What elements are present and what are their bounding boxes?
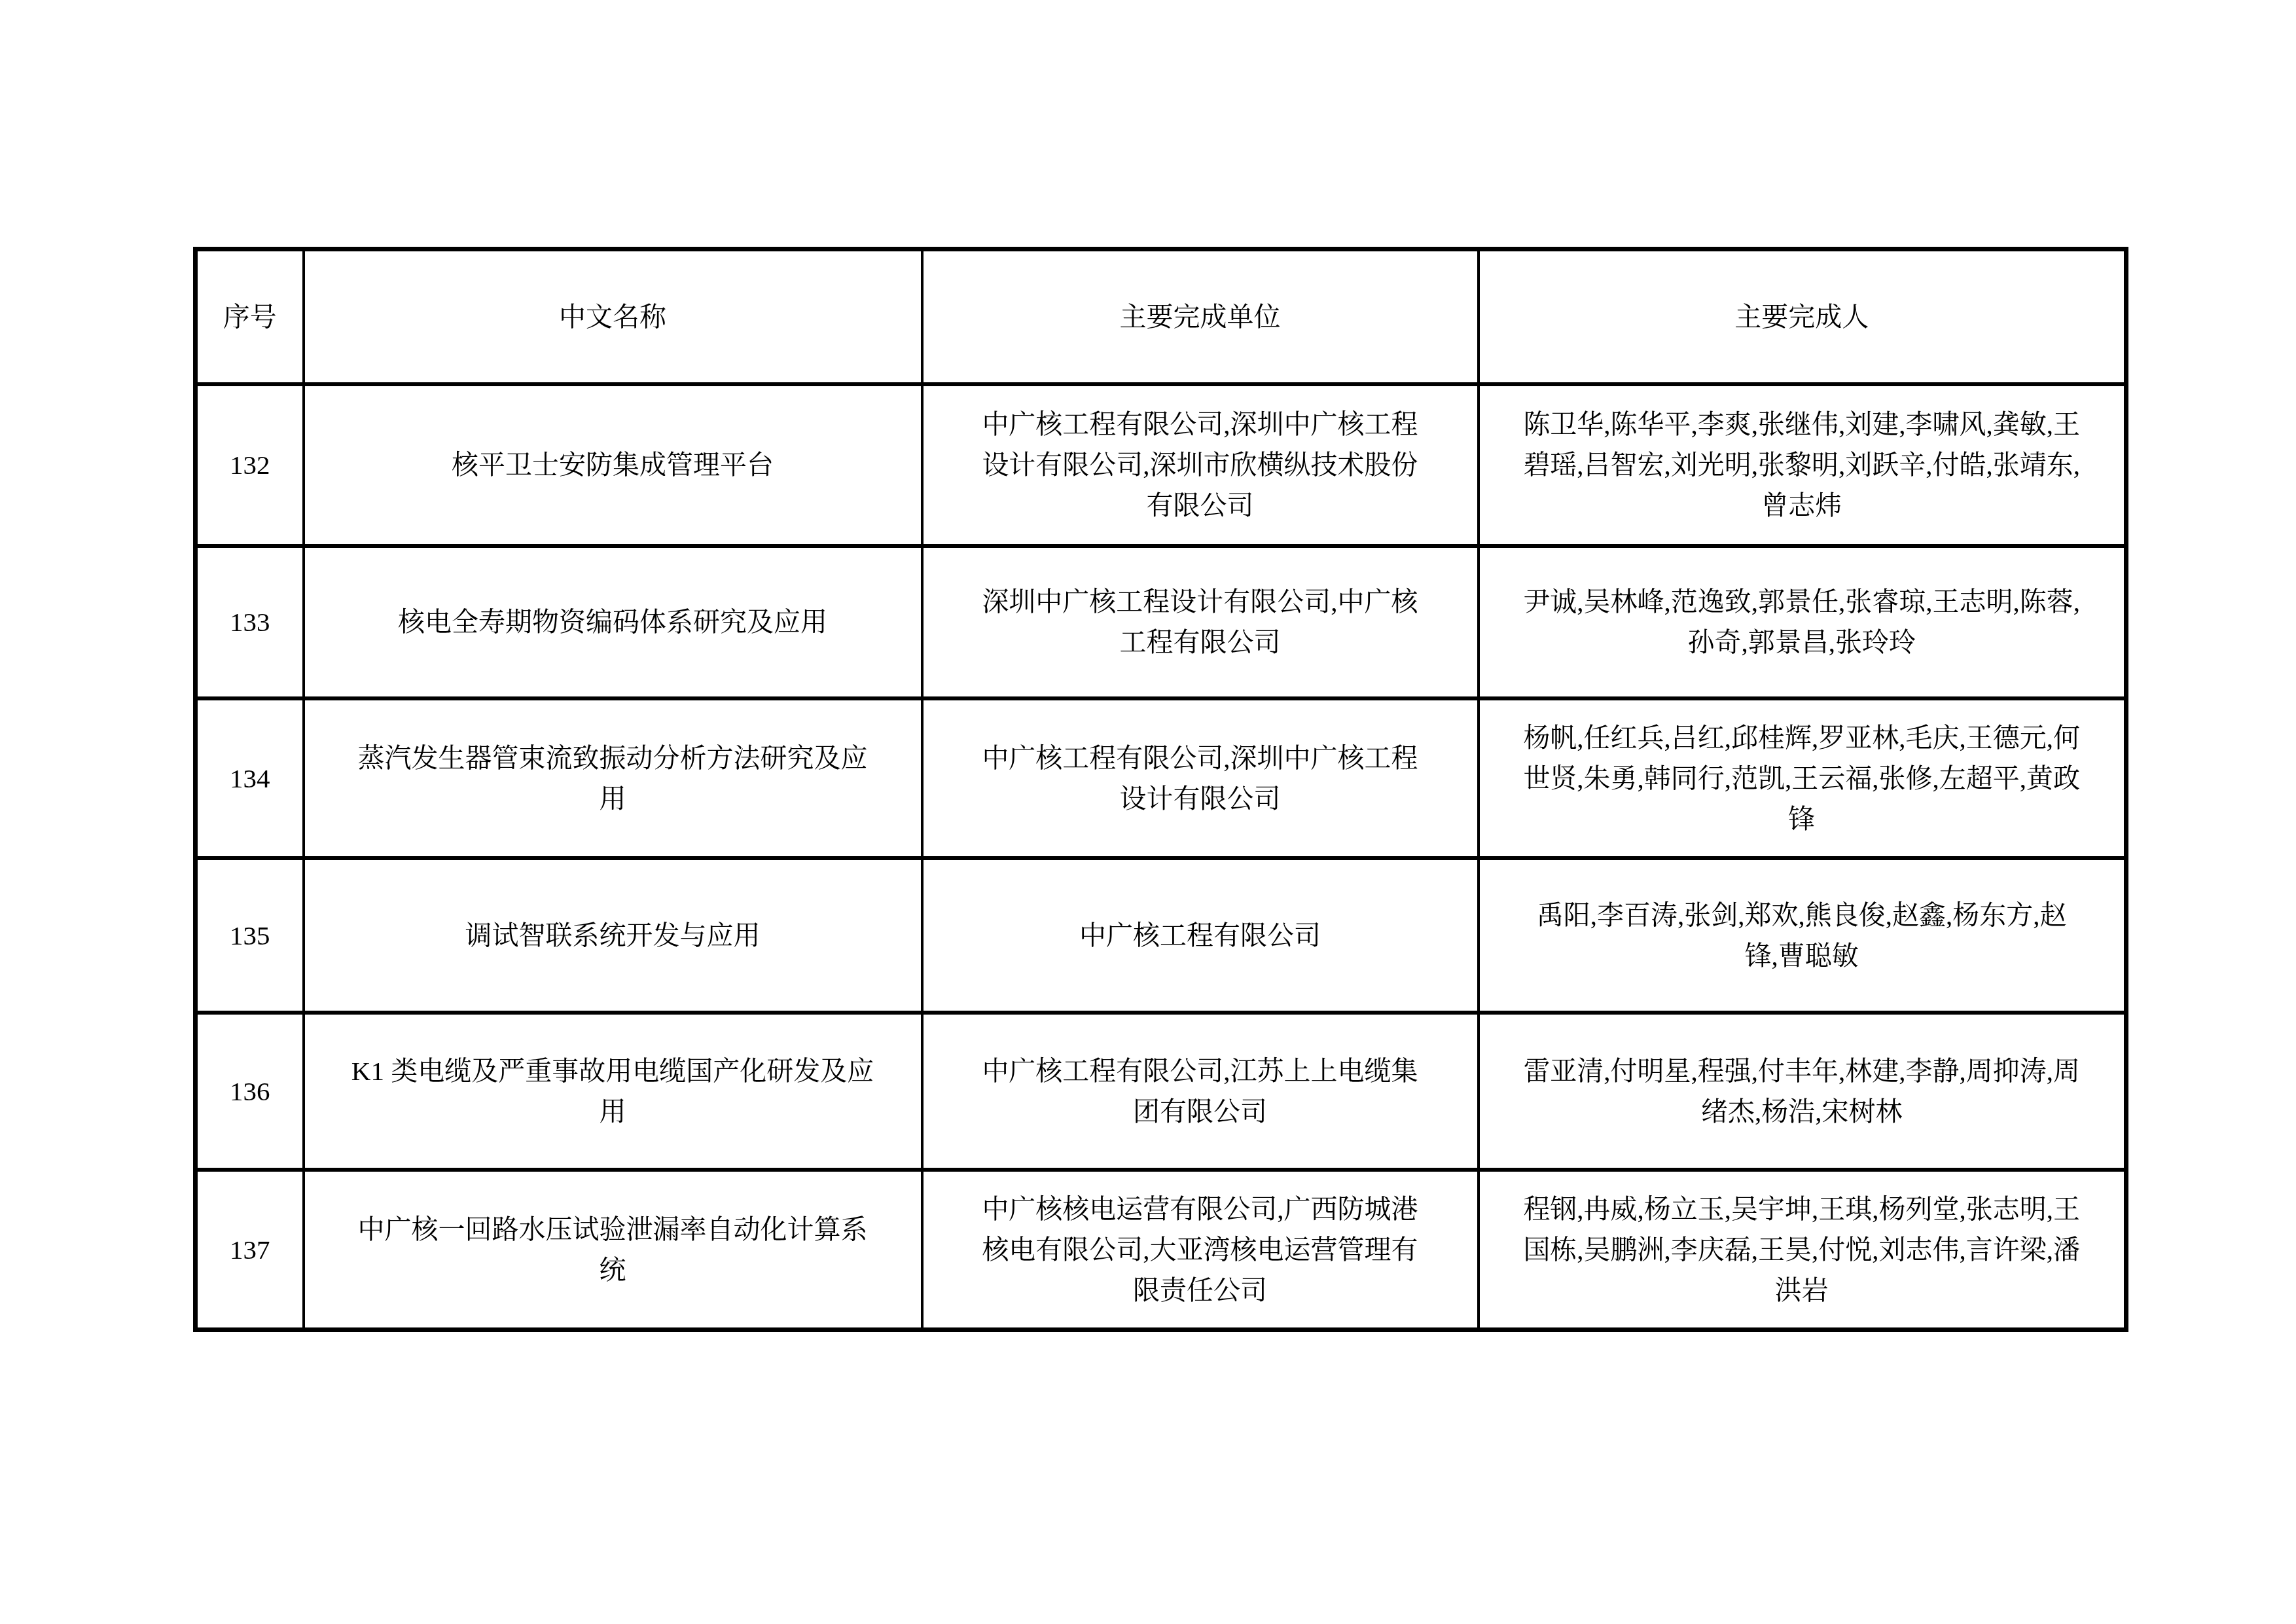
cell-serial-number: 134 — [196, 698, 304, 858]
cell-units: 中广核核电运营有限公司,广西防城港 核电有限公司,大亚湾核电运营管理有 限责任公… — [922, 1170, 1479, 1330]
table-row: 137 中广核一回路水压试验泄漏率自动化计算系 统 中广核核电运营有限公司,广西… — [196, 1170, 2126, 1330]
cell-people: 陈卫华,陈华平,李爽,张继伟,刘建,李啸风,龚敏,王 碧瑶,吕智宏,刘光明,张黎… — [1479, 384, 2126, 546]
cell-serial-number: 135 — [196, 858, 304, 1013]
table-row: 132 核平卫士安防集成管理平台 中广核工程有限公司,深圳中广核工程 设计有限公… — [196, 384, 2126, 546]
cell-people: 禹阳,李百涛,张剑,郑欢,熊良俊,赵鑫,杨东方,赵 锋,曹聪敏 — [1479, 858, 2126, 1013]
cell-project-name: 调试智联系统开发与应用 — [304, 858, 922, 1013]
cell-units: 中广核工程有限公司,江苏上上电缆集 团有限公司 — [922, 1013, 1479, 1170]
cell-serial-number: 137 — [196, 1170, 304, 1330]
cell-serial-number: 132 — [196, 384, 304, 546]
cell-project-name: K1 类电缆及严重事故用电缆国产化研发及应 用 — [304, 1013, 922, 1170]
header-main-people: 主要完成人 — [1479, 249, 2126, 384]
cell-people: 尹诚,吴林峰,范逸致,郭景任,张睿琼,王志明,陈蓉, 孙奇,郭景昌,张玲玲 — [1479, 546, 2126, 698]
cell-project-name: 蒸汽发生器管束流致振动分析方法研究及应 用 — [304, 698, 922, 858]
cell-units: 中广核工程有限公司 — [922, 858, 1479, 1013]
cell-project-name: 核平卫士安防集成管理平台 — [304, 384, 922, 546]
table-header-row: 序号 中文名称 主要完成单位 主要完成人 — [196, 249, 2126, 384]
cell-units: 中广核工程有限公司,深圳中广核工程 设计有限公司,深圳市欣横纵技术股份 有限公司 — [922, 384, 1479, 546]
awards-table: 序号 中文名称 主要完成单位 主要完成人 132 核平卫士安防集成管理平台 中广… — [193, 247, 2128, 1332]
awards-table-container: 序号 中文名称 主要完成单位 主要完成人 132 核平卫士安防集成管理平台 中广… — [193, 247, 2128, 1332]
cell-people: 杨帆,任红兵,吕红,邱桂辉,罗亚林,毛庆,王德元,何 世贤,朱勇,韩同行,范凯,… — [1479, 698, 2126, 858]
table-row: 133 核电全寿期物资编码体系研究及应用 深圳中广核工程设计有限公司,中广核 工… — [196, 546, 2126, 698]
cell-serial-number: 133 — [196, 546, 304, 698]
table-row: 135 调试智联系统开发与应用 中广核工程有限公司 禹阳,李百涛,张剑,郑欢,熊… — [196, 858, 2126, 1013]
table-row: 136 K1 类电缆及严重事故用电缆国产化研发及应 用 中广核工程有限公司,江苏… — [196, 1013, 2126, 1170]
cell-serial-number: 136 — [196, 1013, 304, 1170]
cell-people: 程钢,冉威,杨立玉,吴宇坤,王琪,杨列堂,张志明,王 国栋,吴鹏洲,李庆磊,王昊… — [1479, 1170, 2126, 1330]
header-main-units: 主要完成单位 — [922, 249, 1479, 384]
header-chinese-name: 中文名称 — [304, 249, 922, 384]
header-serial-number: 序号 — [196, 249, 304, 384]
cell-units: 中广核工程有限公司,深圳中广核工程 设计有限公司 — [922, 698, 1479, 858]
table-row: 134 蒸汽发生器管束流致振动分析方法研究及应 用 中广核工程有限公司,深圳中广… — [196, 698, 2126, 858]
cell-people: 雷亚清,付明星,程强,付丰年,林建,李静,周抑涛,周 绪杰,杨浩,宋树林 — [1479, 1013, 2126, 1170]
cell-units: 深圳中广核工程设计有限公司,中广核 工程有限公司 — [922, 546, 1479, 698]
cell-project-name: 中广核一回路水压试验泄漏率自动化计算系 统 — [304, 1170, 922, 1330]
cell-project-name: 核电全寿期物资编码体系研究及应用 — [304, 546, 922, 698]
